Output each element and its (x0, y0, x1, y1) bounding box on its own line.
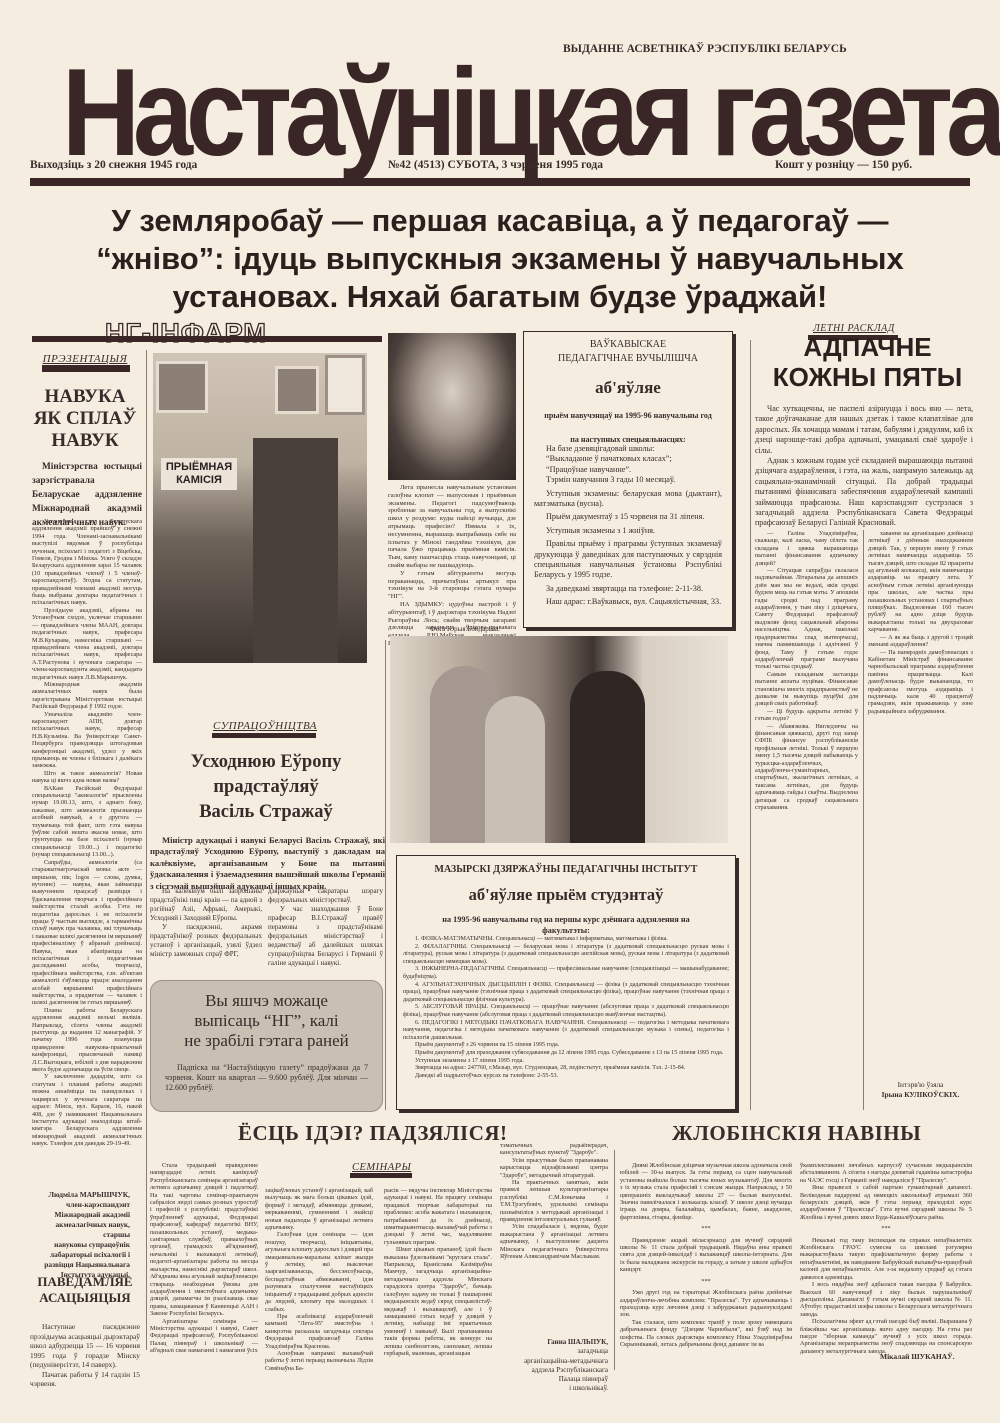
paragraph: Усім спадабалася і, вядома, будзе выкары… (500, 1223, 608, 1260)
signature-line: і школьнікаў. (500, 1384, 608, 1393)
title-line: ЯК СПЛАЎ (30, 408, 140, 430)
since-line: Выходзіць з 20 снежня 1945 года (30, 159, 197, 171)
ad-item: Прыём дакументаў для праходжання субясед… (403, 1050, 729, 1058)
paragraph: Галоўная ідэя семінара — ідэя пошуку, тв… (265, 1231, 373, 1312)
paragraph: Пра асаблівасці аздараўленчай кампаніі "… (265, 1313, 373, 1350)
paragraph: Яны прывезлі з сабой партыю гуманітарнай… (800, 1184, 972, 1221)
ad-line: Наш адрас: г.Ваўкавыск, вул. Сацыялістыч… (534, 597, 722, 607)
title-line: Васіль Стражаў (150, 800, 382, 825)
ng-inform-rule (32, 336, 382, 342)
paragraph: Так сталася, што комплекс трапіў у поле … (620, 1319, 792, 1349)
separator: *** (620, 1278, 792, 1285)
article-title-summer: АДПАЧНЕ КОЖНЫ ПЯТЫ (760, 332, 975, 392)
ng-inform-logo: НГ-ІНФАРМ (105, 318, 267, 349)
paragraph: Устаноўчы сход Беларускага аддзялення ак… (32, 518, 142, 607)
article-title-navuka: НАВУКА ЯК СПЛАЎ НАВУК (30, 386, 140, 452)
article-lead-cooperation: Міністр адукацыі і навукі Беларусі Васіл… (150, 835, 385, 892)
paragraph: Сапраўды, акмеалогія (са старажытнагрэча… (32, 859, 142, 1007)
signature-line: акмеалагічных навук, старшы (30, 1220, 130, 1240)
column-rule (863, 530, 864, 1110)
signature-line: навуковы супрацоўнік (30, 1240, 130, 1250)
paragraph: Усім прысутным было прапанавана карыстац… (500, 1157, 608, 1179)
doorway (253, 438, 338, 663)
title-line: НАВУКА (30, 386, 140, 408)
photo-teachers (390, 636, 728, 843)
paragraph: хавання на арганізацыю дзейнасці летніка… (868, 530, 973, 634)
paragraph: Планы работы Беларускага аддзялення акад… (32, 1007, 142, 1074)
signature-line: член-карэспандэнт (30, 1200, 130, 1210)
title-line: АДПАЧНЕ (760, 332, 975, 362)
signature-line: развіцця Нацыянальнага (30, 1260, 130, 1270)
signature-line: лабараторыі псіхалогіі і (30, 1250, 130, 1260)
wall-panel-icon (156, 361, 208, 413)
ad-sub: прыём навучэнцаў на 1995-96 навучальны г… (534, 410, 722, 421)
title-line: прадстаўляў (150, 775, 382, 800)
paragraph: На практычных занятках, якія правялі леп… (500, 1179, 608, 1223)
signature-line: Міжнароднай акадэміі (30, 1210, 130, 1220)
ad-announce: аб'яўляе (534, 378, 722, 398)
subscription-body: Падпіска на “Настаўніцкую газету” прадоў… (165, 1063, 368, 1094)
ad-item: 5. АБСЛУГОВАЙ ПРАЦЫ. Спецыяльнасці — пра… (403, 1004, 729, 1019)
article-body-ideas-col4: тэматычных радыёперадач, кансультатыўных… (500, 1142, 608, 1261)
paragraph: Пачатак работы ў 14 гадзін 15 чэрвеня. (30, 1370, 140, 1389)
paragraph: У пасяджэнні, акрамя прадстаўнікоў розны… (150, 923, 262, 959)
paragraph: І вось нядаўна зноў адбылася такая паезд… (800, 1281, 972, 1318)
rubric-seminars: СЕМІНАРЫ (352, 1162, 411, 1173)
paragraph: Узначаліла акадэмію член-карэспандэнт АП… (32, 711, 142, 770)
article-title-assoc: ПАВЕДАМЛЯЕ АСАЦЫЯЦЫЯ (30, 1274, 140, 1306)
ad-line: “Выкладанне ў пачатковых класах”; (534, 454, 722, 464)
paragraph: тэматычных радыёперадач, кансультатыўных… (500, 1142, 608, 1157)
admission-sign: ПРЫЁМНАЯ КАМІСІЯ (161, 458, 237, 490)
paragraph: Лета прынесла навучальным установам гало… (388, 484, 516, 570)
main-headline: У земляробаў — першая касавіца, а ў педа… (60, 202, 940, 316)
article-body-cooperation-col2: дзяржаўныя сакратары шэрагу федэральных … (268, 887, 383, 968)
paragraph: Шмат цікавых прапаноў, ідэй было выказан… (384, 1246, 492, 1357)
rubric-presentation: ПРЭЗЕНТАЦЫЯ (40, 353, 130, 365)
ad-line: Правілы прыёму і праграмы ўступных экзам… (534, 539, 722, 581)
paragraph: ВАКам Расійскай Федэрацыі спецыяльнасці … (32, 785, 142, 859)
article-body-assoc: Наступнае пасяджэнне прэзідыума асацыяцы… (30, 1322, 140, 1389)
signature-shalpuk: Ганна ШАЛЬПУК, загадчыца арганізацыйна-м… (500, 1338, 608, 1394)
title-line: ПАВЕДАМЛЯЕ (30, 1274, 140, 1290)
ad-org: МАЗЫРСКІ ДЗЯРЖАЎНЫ ПЕДАГАГІЧНЫ ІНСТЫТУТ (403, 864, 729, 875)
ad-item: 2. ФІЛАЛАГІЧНЫ. Спецыяльнасці — беларуск… (403, 944, 729, 967)
signature-line: арганізацыйна-метадычнага (500, 1357, 608, 1366)
rubric-cooperation-bar (212, 733, 316, 738)
paragraph: Асноўныя напрамкі выхаваўчай работы ў ле… (265, 1350, 373, 1372)
article-body-ideas-col2: зацікаўленых устаноў і арганізацый, каб … (265, 1187, 373, 1372)
signature-line: загадчыца (500, 1347, 608, 1356)
headline-line-1: У земляробаў — першая касавіца, а ў педа… (60, 202, 940, 240)
paragraph: Наступнае пасяджэнне прэзідыума асацыяцы… (30, 1322, 140, 1370)
signature-line: Палаца піянераў (500, 1375, 608, 1384)
subscription-box: Вы яшчэ можаце выпісаць “НГ”, калі не зр… (150, 980, 383, 1112)
newspaper-title: Настаўніцкая газета (62, 48, 962, 177)
separator: *** (800, 1225, 972, 1232)
paragraph: Днямі Жлобінская дзіцячая музычная школа… (620, 1162, 792, 1221)
ad-spec-head: па наступных спецыяльнасцях: (534, 435, 722, 444)
ad-lines: На базе дзевяцігадовай школы: “Выкладанн… (534, 444, 722, 608)
ad-item: Звяртацца на адрас: 247760, г.Мазыр, вул… (403, 1065, 729, 1073)
masthead-rule (30, 178, 970, 186)
paragraph: Аднак з кожным годам усё складаней выраш… (755, 456, 973, 529)
paragraph: Міжнародная акадэмія акмеалагічных навук… (32, 681, 142, 711)
article-body-zhlobin-col1: Днямі Жлобінская дзіцячая музычная школа… (620, 1162, 792, 1348)
photo-caption-text: Лета прынесла навучальным установам гало… (388, 484, 516, 648)
ad-sub: на 1995-96 навучальны год на першы курс … (403, 915, 729, 936)
ad-line: На базе дзевяцігадовай школы: (534, 444, 722, 454)
paragraph: — Ці будуць адкрыты летнікі ў гэтым годз… (755, 708, 858, 723)
paragraph: Час хуткацечны, не паспелі азірнуцца і в… (755, 404, 973, 456)
paragraph: — Галіна Уладзіміраўна, скажыце, калі ла… (755, 530, 858, 567)
ad-item: 1. ФІЗІКА-МАТЭМАТЫЧНЫ. Спецыяльнасці — м… (403, 936, 729, 944)
title-line: КОЖНЫ ПЯТЫ (760, 362, 975, 392)
ad-item: 4. АГУЛЬНАТЭХНІЧНЫХ ДЫСЦЫПЛІН І ФІЗІКІ. … (403, 982, 729, 1005)
article-lead-summer: Час хуткацечны, не паспелі азірнуцца і в… (755, 404, 973, 529)
article-body-navuka: Устаноўчы сход Беларускага аддзялення ак… (32, 518, 142, 1148)
article-body-ideas-col3: рысік — вядучы інспектар Міністэрства ад… (384, 1187, 492, 1357)
signature-line: аддзела Рэспубліканскага (500, 1366, 608, 1375)
separator: *** (620, 1225, 792, 1232)
paragraph: дзяржаўныя сакратары шэрагу федэральных … (268, 887, 383, 905)
ad-announce: аб'яўляе прыём студэнтаў (403, 885, 729, 905)
ad-item: Уступныя экзамены з 17 ліпеня 1995 года. (403, 1058, 729, 1066)
signature-line: Людміла МАРЫШЧУК, (30, 1190, 130, 1200)
paragraph: — Сітуацыя сапраўды склалася надзвычайна… (755, 567, 858, 671)
title-line: АСАЦЫЯЦЫЯ (30, 1290, 140, 1306)
rubric-cooperation: СУПРАЦОЎНІЦТВА (210, 720, 320, 732)
title-line: выпісаць “НГ”, калі (165, 1011, 368, 1031)
paragraph: — Абавязкова. Нягледзячы на фінансавыя ц… (755, 723, 858, 812)
credit-line: Ірына КУЛІКОЎСКІХ. (868, 1090, 973, 1100)
paragraph: рысік — вядучы інспектар Міністэрства ад… (384, 1187, 492, 1246)
wall-panel-icon (275, 366, 319, 414)
column-rule (750, 340, 751, 1110)
article-title-cooperation: Усходнюю Еўропу прадстаўляў Васіль Страж… (150, 750, 382, 825)
issue-line: №42 (4513) СУБОТА, 3 чэрвеня 1995 года (388, 159, 603, 171)
ad-items: 1. ФІЗІКА-МАТЭМАТЫЧНЫ. Спецыяльнасці — м… (403, 936, 729, 1080)
ad-mazyr: МАЗЫРСКІ ДЗЯРЖАЎНЫ ПЕДАГАГІЧНЫ ІНСТЫТУТ … (396, 855, 736, 1110)
paragraph: Самым складаным застаецца пытанне аплаты… (755, 671, 858, 708)
signature-line: Ганна ШАЛЬПУК, (500, 1338, 608, 1347)
signature-marychuk: Людміла МАРЫШЧУК, член-карэспандэнт Міжн… (30, 1190, 130, 1280)
price-line: Кошт у розніцу — 150 руб. (775, 159, 912, 171)
ad-line: “Працоўнае навучанне”. (534, 465, 722, 475)
paragraph: У гэтым абітурыенты могуць пераканацца, … (388, 570, 516, 601)
credit-line: Інтэрв'ю ўзяла (868, 1080, 973, 1090)
signature-shukanau: Мікалай ШУКАНАЎ. (880, 1352, 955, 1361)
paragraph: Арганізатары семінара — Міністэрства аду… (150, 1318, 258, 1355)
paragraph: Правядзенне акцый міласэрнасці для вучня… (620, 1237, 792, 1274)
ad-org: ВАЎКАВЫСКАЕ ПЕДАГАГІЧНАЕ ВУЧЫЛІШЧА (534, 338, 722, 366)
article-title-zhlobin: ЖЛОБІНСКІЯ НАВІНЫ (672, 1121, 921, 1146)
notice-board (325, 355, 365, 415)
person-figure (570, 671, 645, 843)
ad-item: Прыём дакументаў з 26 чэрвеня па 15 ліпе… (403, 1042, 729, 1050)
article-body-cooperation-col1: На калёквіум былі запрошаны прадстаўнікі… (150, 887, 262, 959)
ad-line: Уступныя экзамены з 1 жніўня. (534, 526, 722, 536)
title-line: НАВУК (30, 430, 140, 452)
title-line: Усходнюю Еўропу (150, 750, 382, 775)
rubric-presentation-bar (42, 365, 130, 372)
paragraph: — А як жа быць з другой і трэцяй зменамі… (868, 634, 973, 649)
credit-kulikouskikh: Інтэрв'ю ўзяла Ірына КУЛІКОЎСКІХ. (868, 1080, 973, 1100)
title-line: не зрабілі гэтага раней (165, 1031, 368, 1051)
paragraph: Ужо другі год на тэрыторыі Жлобінскага р… (620, 1289, 792, 1319)
headline-line-3: установах. Няхай багатым будзе ўраджай! (60, 278, 940, 316)
photo-admission-committee: ПРЫЁМНАЯ КАМІСІЯ (153, 353, 367, 663)
paragraph: На калёквіум былі запрошаны прадстаўнікі… (150, 887, 262, 923)
photo-credit: Фота Юрыя Бондарава. (430, 625, 500, 633)
paragraph: Стала традыцыяй правядзенне напярэдадні … (150, 1162, 258, 1318)
paragraph: — Па папярэдніх дамоўленасцях з Кабінета… (868, 649, 973, 716)
paragraph: У заключэнне дададзім, што са статутам і… (32, 1073, 142, 1147)
article-body-summer-col2: хавання на арганізацыю дзейнасці летніка… (868, 530, 973, 715)
ad-item: 6. ПЕДАГОГІКІ І МЕТОДЫКІ ПАЧАТКОВАГА НАВ… (403, 1020, 729, 1043)
ad-line: Прыём дакументаў з 15 чэрвеня па 31 ліпе… (534, 512, 722, 522)
ad-vaukavysk: ВАЎКАВЫСКАЕ ПЕДАГАГІЧНАЕ ВУЧЫЛІШЧА аб'яў… (523, 331, 733, 628)
subscription-title: Вы яшчэ можаце выпісаць “НГ”, калі не зр… (165, 991, 368, 1051)
ad-item: 3. ІНЖЫНЕРНА-ПЕДАГАГІЧНЫ. Спецыяльнасці … (403, 966, 729, 981)
paragraph: Псіхалагічны эфект ад гэтай паездкі быў … (800, 1318, 972, 1355)
person-figure (485, 696, 545, 843)
rubric-seminars-bar (350, 1173, 412, 1178)
title-line: Вы яшчэ можаце (165, 991, 368, 1011)
headline-line-2: “жніво”: ідуць выпускныя экзамены ў наву… (60, 240, 940, 278)
column-rule (385, 640, 386, 1110)
column-rule (146, 350, 147, 1350)
paragraph: Прэзідыум акадэміі, абраны на Устаноўчым… (32, 607, 142, 681)
paragraph: зацікаўленых устаноў і арганізацый, каб … (265, 1187, 373, 1231)
ad-line: За даведкамі звяртацца па тэлефоне: 2-11… (534, 584, 722, 594)
ad-line: Тэрмін навучання 3 гады 10 месяцаў. (534, 475, 722, 485)
ad-line: Уступныя экзамены: беларуская мова (дыкт… (534, 489, 722, 510)
photo-portrait (388, 333, 516, 480)
paragraph: Некалькі год таму інспекцыя па справах н… (800, 1237, 972, 1281)
paragraph: Што ж такое акмеалогія? Новая навука ці … (32, 770, 142, 785)
paragraph: ўкамплектаванні лячэбных карпусоў сучасн… (800, 1162, 972, 1184)
paragraph: У час знаходжання ў Боне прафесар В.І.Ст… (268, 905, 383, 968)
article-body-summer-col1: — Галіна Уладзіміраўна, скажыце, калі ла… (755, 530, 858, 811)
column-rule (614, 1150, 615, 1370)
article-title-ideas: ЁСЦЬ ІДЭІ? ПАДЗЯЛІСЯ! (238, 1121, 508, 1146)
article-body-zhlobin-col2: ўкамплектаванні лячэбных карпусоў сучасн… (800, 1162, 972, 1355)
ad-item: Даведкі аб падрыхтоўчых курсах па тэлефо… (403, 1073, 729, 1081)
article-body-ideas-col1: Стала традыцыяй правядзенне напярэдадні … (150, 1162, 258, 1355)
